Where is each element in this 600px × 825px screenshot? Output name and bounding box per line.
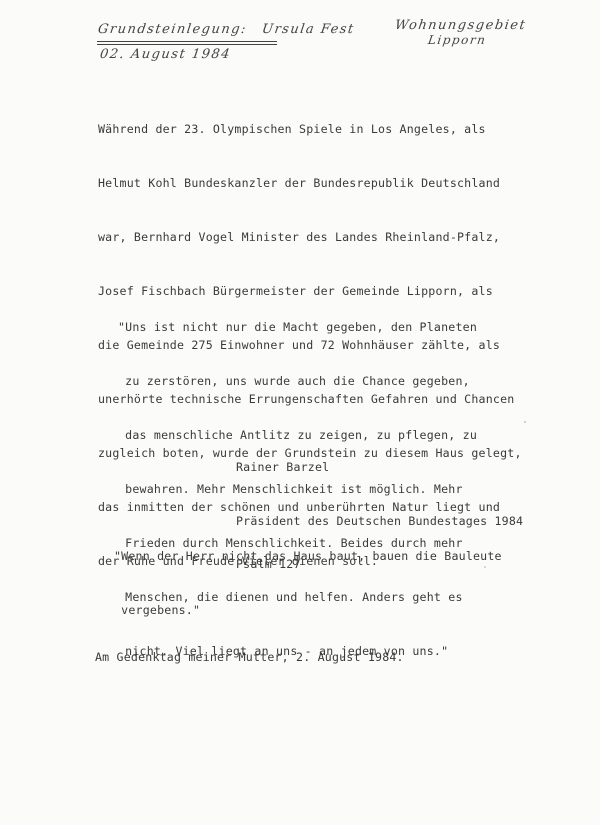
paper-speck: [524, 421, 526, 423]
quote-line: "Uns ist nicht nur die Macht gegeben, de…: [118, 318, 477, 336]
quote-line: vergebens.": [114, 601, 502, 619]
paragraph-line: Während der 23. Olympischen Spiele in Lo…: [98, 120, 522, 138]
handwritten-place: Lipporn: [427, 33, 487, 47]
handwritten-location: Wohnungsgebiet: [394, 18, 527, 33]
underline: [97, 44, 277, 45]
handwritten-name: Ursula Fest: [261, 22, 356, 37]
psalm-source: Psalm 127: [236, 555, 301, 573]
paragraph-line: war, Bernhard Vogel Minister des Landes …: [98, 228, 522, 246]
quote-line: zu zerstören, uns wurde auch die Chance …: [118, 372, 477, 390]
handwritten-title: Grundsteinlegung:: [97, 22, 248, 37]
attribution-author: Rainer Barzel: [236, 458, 523, 476]
quote-line: "Wenn der Herr nicht das Haus baut, baue…: [114, 547, 502, 565]
paper-speck: [484, 566, 486, 568]
handwritten-date: 02. August 1984: [99, 47, 232, 62]
paragraph-line: Helmut Kohl Bundeskanzler der Bundesrepu…: [98, 174, 522, 192]
quote-psalm: "Wenn der Herr nicht das Haus baut, baue…: [114, 511, 502, 637]
closing-line: Am Gedenktag meiner Mutter, 2. August 19…: [95, 648, 404, 666]
underline: [97, 41, 277, 42]
